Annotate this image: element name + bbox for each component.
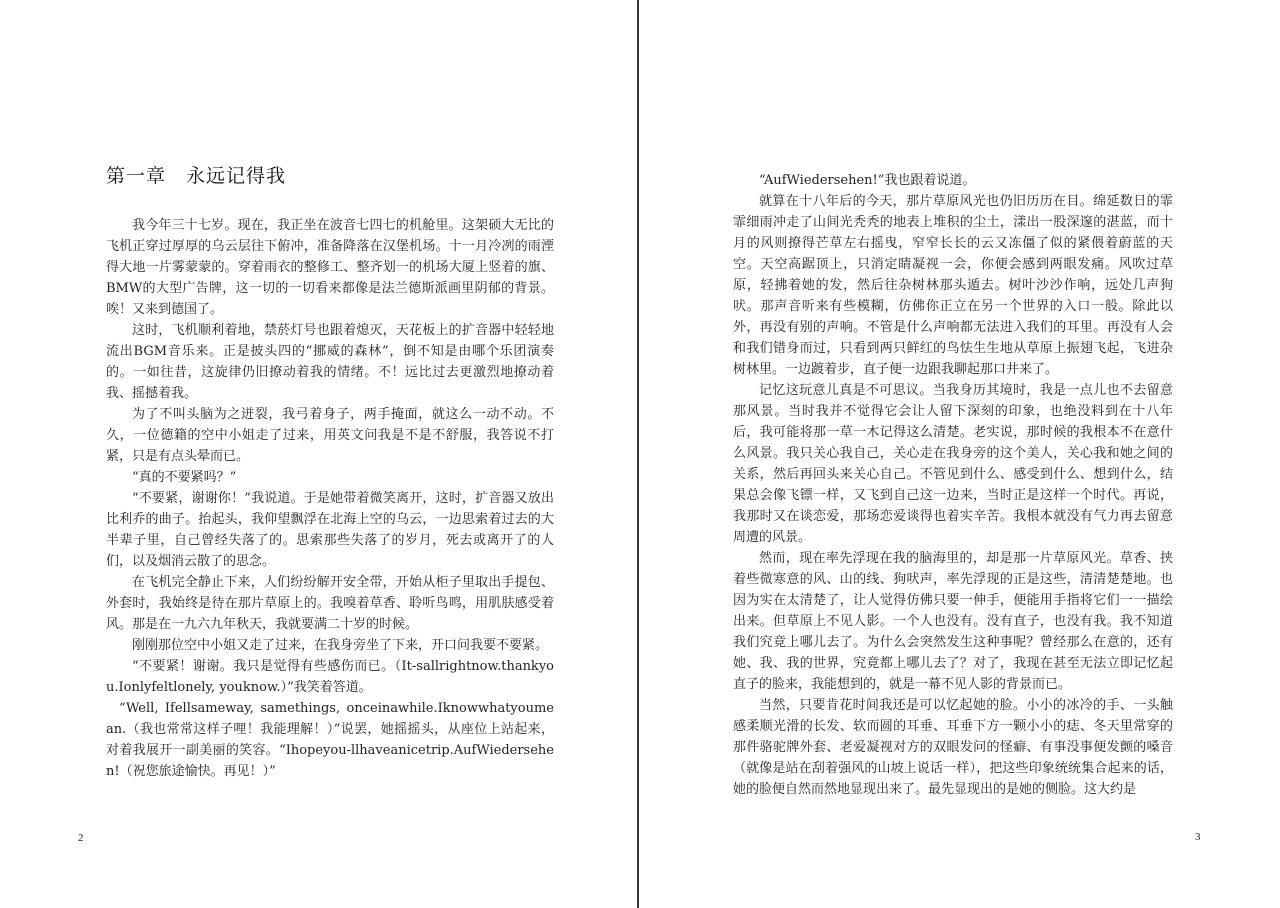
paragraph: 记忆这玩意儿真是不可思议。当我身历其境时，我是一点儿也不去留意那风景。当时我并不… bbox=[733, 380, 1173, 548]
paragraph: “不要紧，谢谢你！”我说道。于是她带着微笑离开，这时，扩音器又放出比利乔的曲子。… bbox=[106, 488, 554, 572]
paragraph: “不要紧！谢谢。我只是觉得有些感伤而已。（It-sallrightnow.tha… bbox=[106, 656, 554, 698]
chapter-title: 第一章 永远记得我 bbox=[106, 161, 286, 188]
paragraph: 就算在十八年后的今天，那片草原风光也仍旧历历在目。绵延数日的霏霏细雨冲走了山间光… bbox=[733, 191, 1173, 380]
paragraph: “Well, Ifellsameway, samethings, onceina… bbox=[106, 698, 554, 782]
left-page-body: 我今年三十七岁。现在，我正坐在波音七四七的机舱里。这架硕大无比的飞机正穿过厚厚的… bbox=[106, 215, 554, 782]
paragraph: 当然，只要肯花时间我还是可以忆起她的脸。小小的冰冷的手、一头触感柔顺光滑的长发、… bbox=[733, 695, 1173, 800]
right-page: “AufWiedersehen!”我也跟着说道。 就算在十八年后的今天，那片草原… bbox=[639, 0, 1280, 908]
paragraph: 我今年三十七岁。现在，我正坐在波音七四七的机舱里。这架硕大无比的飞机正穿过厚厚的… bbox=[106, 215, 554, 320]
right-page-body: “AufWiedersehen!”我也跟着说道。 就算在十八年后的今天，那片草原… bbox=[733, 170, 1173, 800]
paragraph: “真的不要紧吗？” bbox=[106, 467, 554, 488]
paragraph: 为了不叫头脑为之迸裂，我弓着身子，两手掩面，就这么一动不动。不久，一位德籍的空中… bbox=[106, 404, 554, 467]
paragraph: 然而，现在率先浮现在我的脑海里的，却是那一片草原风光。草香、挟着些微寒意的风、山… bbox=[733, 548, 1173, 695]
page-number: 2 bbox=[78, 832, 84, 844]
paragraph: 在飞机完全静止下来，人们纷纷解开安全带，开始从柜子里取出手提包、外套时，我始终是… bbox=[106, 572, 554, 635]
left-page: 第一章 永远记得我 我今年三十七岁。现在，我正坐在波音七四七的机舱里。这架硕大无… bbox=[0, 0, 637, 908]
paragraph: 这时，飞机顺利着地，禁菸灯号也跟着熄灭，天花板上的扩音器中轻轻地流出BGM音乐来… bbox=[106, 320, 554, 404]
paragraph: “AufWiedersehen!”我也跟着说道。 bbox=[733, 170, 1173, 191]
page-number: 3 bbox=[1195, 831, 1201, 843]
paragraph: 刚刚那位空中小姐又走了过来，在我身旁坐了下来，开口问我要不要紧。 bbox=[106, 635, 554, 656]
